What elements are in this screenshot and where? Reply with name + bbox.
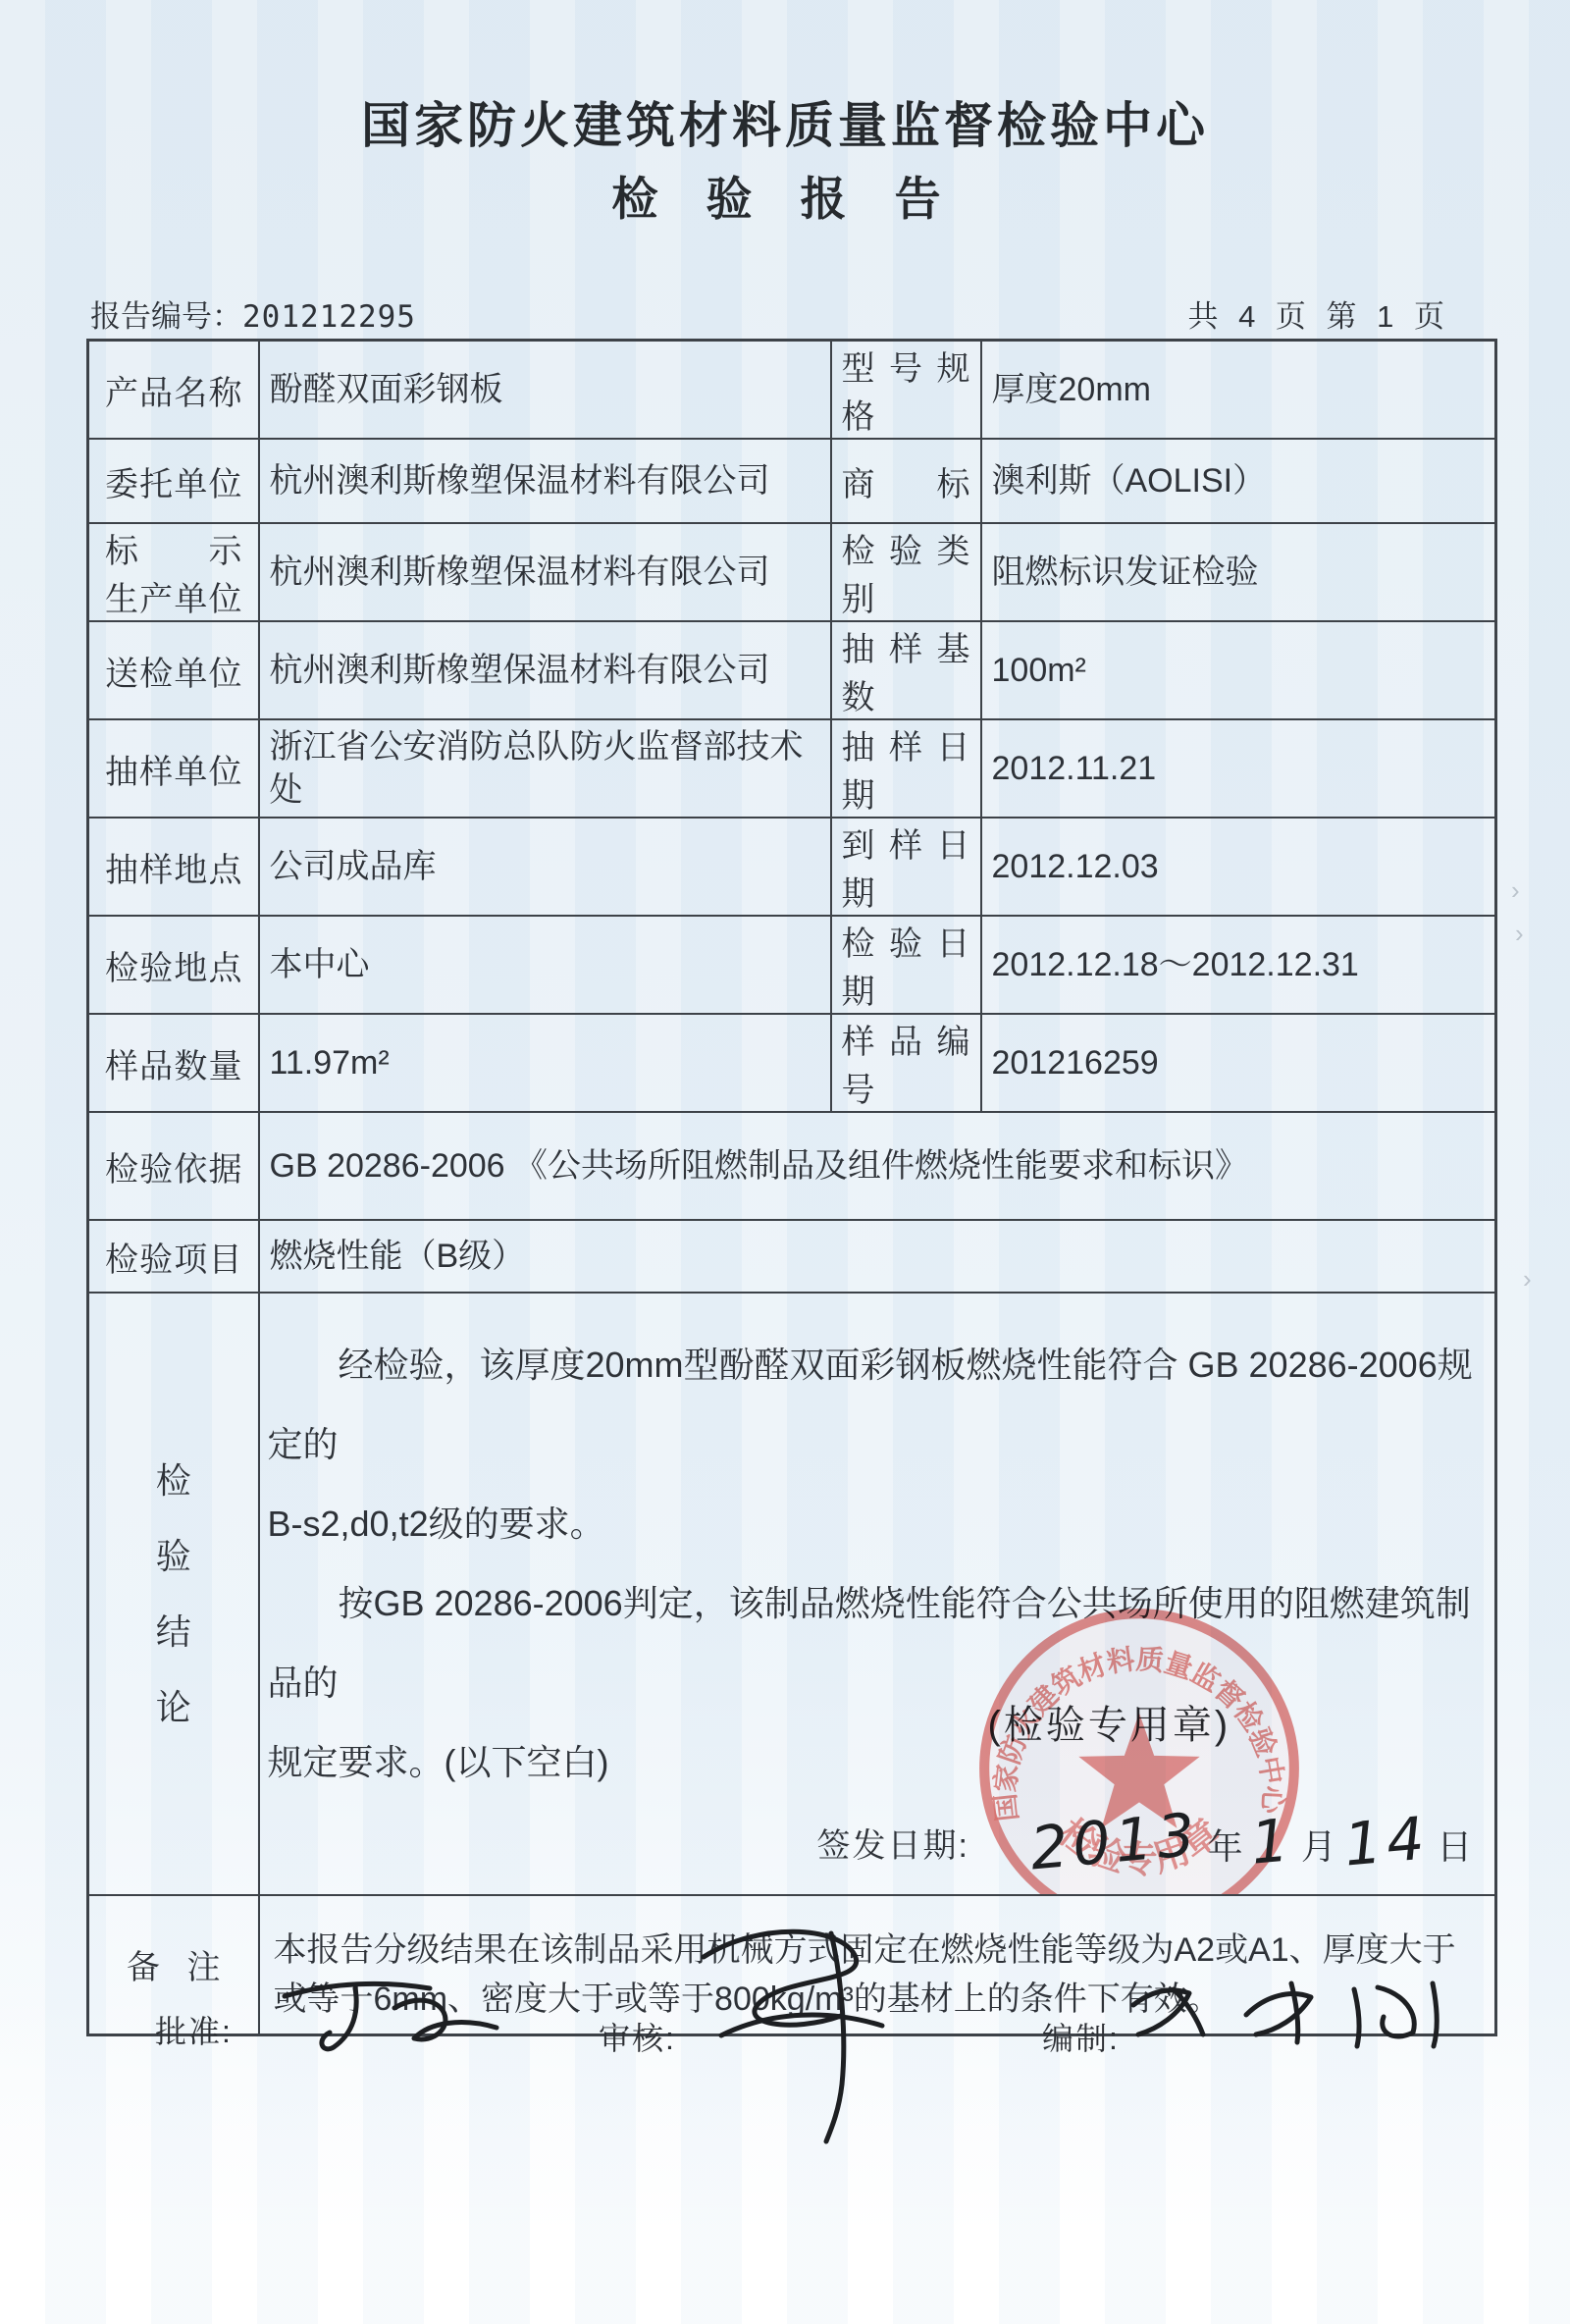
table-row: 检验依据 GB 20286-2006 《公共场所阻燃制品及组件燃烧性能要求和标识… [88, 1112, 1496, 1220]
field-label-sampling-base: 抽样基数 [832, 622, 980, 718]
field-label-marked-producer-line1: 标示 [89, 524, 258, 572]
scan-artifact: › [1523, 1264, 1532, 1294]
field-label-inspection-basis: 检验依据 [89, 1142, 258, 1190]
review-signature [643, 1916, 937, 2156]
field-label-inspection-place: 检验地点 [89, 941, 258, 989]
handwritten-month: 1 [1248, 1806, 1296, 1877]
issue-date-line: 签发日期: 2013 年 1 月 14 日 [817, 1808, 1481, 1876]
field-label-inspection-category: 检验类别 [832, 524, 980, 620]
month-unit: 月 [1301, 1820, 1336, 1870]
report-table: 产品名称 酚醛双面彩钢板 型号规格 厚度20mm 委托单位 杭州澳利斯橡塑保温材… [86, 339, 1497, 2036]
page-title: 国家防火建筑材料质量监督检验中心 [0, 86, 1570, 157]
report-number-line: 报告编号：201212295 [90, 291, 416, 336]
table-row: 抽样单位 浙江省公安消防总队防火监督部技术处 抽样日期 2012.11.21 [88, 719, 1496, 818]
table-row: 样品数量 11.97m² 样品编号 201216259 [88, 1014, 1496, 1112]
field-value-client-unit: 杭州澳利斯橡塑保温材料有限公司 [259, 439, 831, 523]
year-unit: 年 [1208, 1820, 1243, 1870]
field-value-inspection-date: 2012.12.18～2012.12.31 [981, 916, 1496, 1014]
prepare-signature [1119, 1958, 1452, 2066]
field-value-product-name: 酚醛双面彩钢板 [259, 341, 831, 440]
field-value-sampling-date: 2012.11.21 [981, 719, 1496, 818]
report-number-value: 201212295 [242, 299, 416, 335]
field-value-trademark: 澳利斯（AOLISI） [981, 439, 1496, 523]
field-value-inspection-category: 阻燃标识发证检验 [981, 523, 1496, 621]
handwritten-day: 14 [1341, 1804, 1432, 1879]
report-number-label: 报告编号： [90, 299, 242, 334]
field-label-marked-producer-line2: 生产单位 [89, 572, 258, 620]
field-label-inspection-date: 检验日期 [832, 917, 980, 1013]
approve-signature [275, 1961, 510, 2069]
field-label-arrival-date: 到样日期 [832, 819, 980, 915]
field-value-sampling-unit: 浙江省公安消防总队防火监督部技术处 [259, 719, 831, 818]
table-row: 标示 生产单位 杭州澳利斯橡塑保温材料有限公司 检验类别 阻燃标识发证检验 [88, 523, 1496, 621]
prepare-label: 编制: [1042, 2014, 1120, 2059]
conclusion-cell: 经检验，该厚度20mm型酚醛双面彩钢板燃烧性能符合 GB 20286-2006规… [259, 1293, 1496, 1895]
table-row: 抽样地点 公司成品库 到样日期 2012.12.03 [88, 818, 1496, 916]
field-value-sample-quantity: 11.97m² [259, 1014, 831, 1112]
field-label-trademark: 商标 [832, 457, 980, 505]
field-label-sampling-date: 抽样日期 [832, 720, 980, 817]
field-label-sampling-place: 抽样地点 [89, 843, 258, 891]
field-value-sampling-base: 100m² [981, 621, 1496, 719]
table-row: 检 验 结 论 经检验，该厚度20mm型酚醛双面彩钢板燃烧性能符合 GB 202… [88, 1293, 1496, 1895]
table-row: 检验地点 本中心 检验日期 2012.12.18～2012.12.31 [88, 916, 1496, 1014]
approve-label: 批准: [155, 2007, 233, 2052]
field-value-marked-producer: 杭州澳利斯橡塑保温材料有限公司 [259, 523, 831, 621]
field-label-product-name: 产品名称 [89, 366, 258, 414]
issue-date-label: 签发日期: [817, 1819, 969, 1867]
field-label-submitting-unit: 送检单位 [89, 647, 258, 695]
field-label-client-unit: 委托单位 [89, 457, 258, 505]
day-unit: 日 [1437, 1820, 1472, 1870]
table-row: 产品名称 酚醛双面彩钢板 型号规格 厚度20mm [88, 341, 1496, 440]
field-value-sample-number: 201216259 [981, 1014, 1496, 1112]
field-value-inspection-basis: GB 20286-2006 《公共场所阻燃制品及组件燃烧性能要求和标识》 [259, 1112, 1496, 1220]
field-label-model-spec: 型号规格 [832, 342, 980, 438]
field-label-sampling-unit: 抽样单位 [89, 745, 258, 793]
table-row: 委托单位 杭州澳利斯橡塑保温材料有限公司 商标 澳利斯（AOLISI） [88, 439, 1496, 523]
scan-artifact: › [1511, 875, 1520, 906]
handwritten-year: 2013 [1027, 1801, 1202, 1884]
remark-label: 备注 [89, 1940, 258, 1988]
field-value-submitting-unit: 杭州澳利斯橡塑保温材料有限公司 [259, 621, 831, 719]
field-label-sample-number: 样品编号 [832, 1015, 980, 1111]
report-page: 国家防火建筑材料质量监督检验中心 检 验 报 告 报告编号：201212295 … [0, 0, 1570, 2324]
field-value-inspection-place: 本中心 [259, 916, 831, 1014]
page-count: 共 4 页 第 1 页 [1187, 291, 1450, 336]
scan-artifact: › [1515, 919, 1524, 949]
table-row: 送检单位 杭州澳利斯橡塑保温材料有限公司 抽样基数 100m² [88, 621, 1496, 719]
field-label-inspection-items: 检验项目 [89, 1233, 258, 1281]
field-value-model-spec: 厚度20mm [981, 341, 1496, 440]
field-label-sample-quantity: 样品数量 [89, 1039, 258, 1087]
page-subtitle: 检 验 报 告 [0, 163, 1570, 229]
field-value-arrival-date: 2012.12.03 [981, 818, 1496, 916]
field-value-inspection-items: 燃烧性能（B级） [259, 1220, 1496, 1293]
conclusion-label: 检 验 结 论 [89, 1443, 258, 1745]
field-value-sampling-place: 公司成品库 [259, 818, 831, 916]
table-row: 检验项目 燃烧性能（B级） [88, 1220, 1496, 1293]
